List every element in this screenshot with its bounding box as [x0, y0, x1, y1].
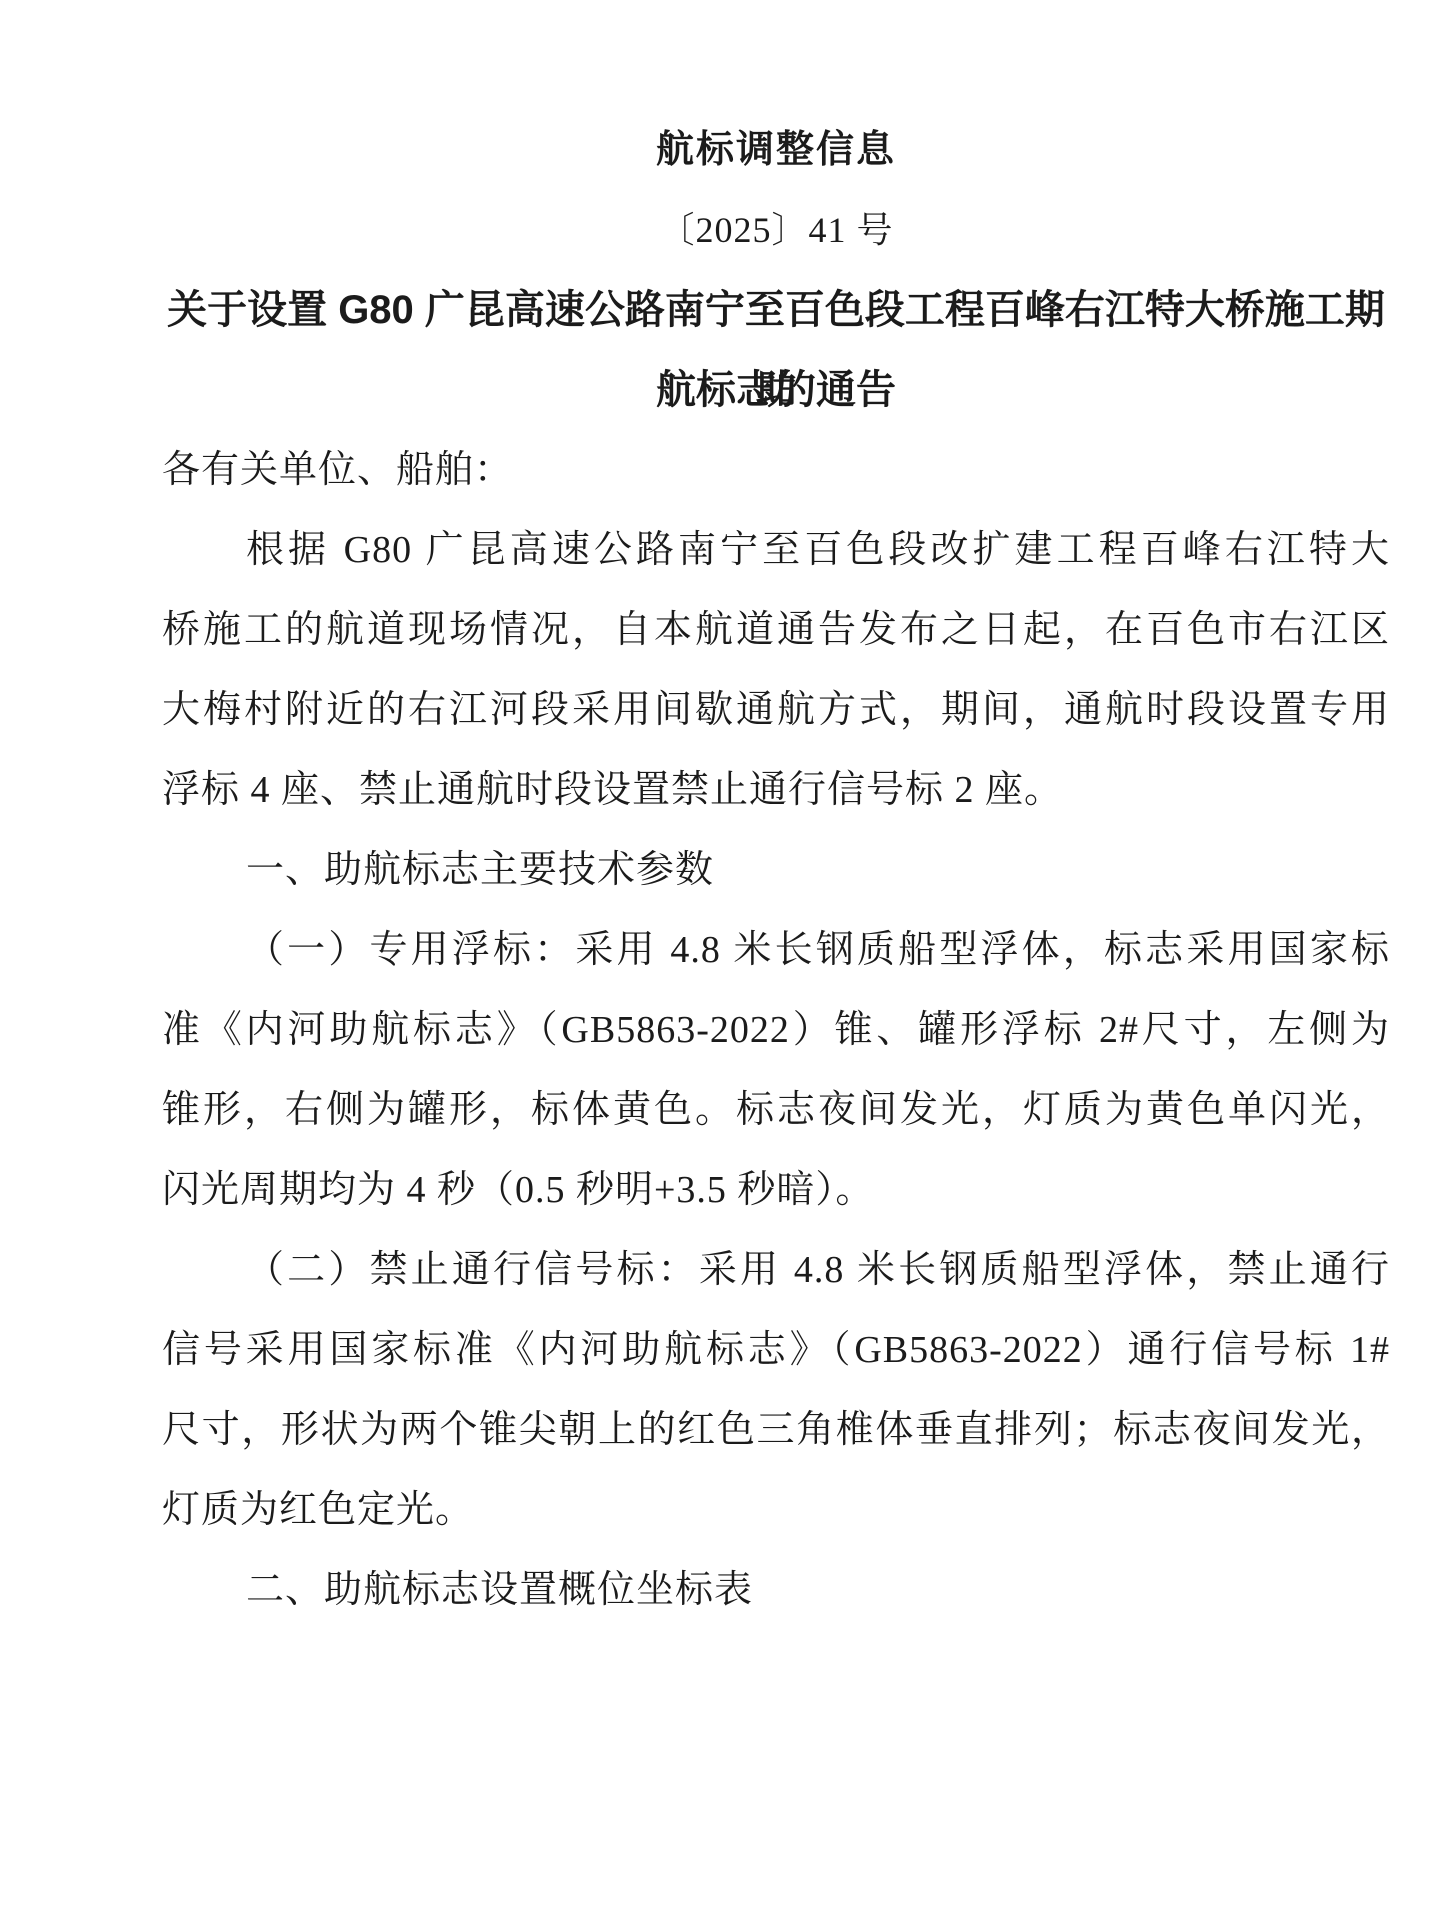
document-page: 航标调整信息 〔2025〕41 号 关于设置 G80 广昆高速公路南宁至百色段工…	[0, 0, 1452, 1920]
body-line: 一、助航标志主要技术参数	[162, 830, 1390, 910]
notice-heading-line1: 关于设置 G80 广昆高速公路南宁至百色段工程百峰右江特大桥施工期助	[162, 270, 1390, 350]
body-line: 大梅村附近的右江河段采用间歇通航方式，期间，通航时段设置专用	[162, 670, 1390, 750]
body-line: 闪光周期均为 4 秒（0.5 秒明+3.5 秒暗）。	[162, 1150, 1390, 1230]
body-line: 浮标 4 座、禁止通航时段设置禁止通行信号标 2 座。	[162, 750, 1390, 830]
doc-number: 〔2025〕41 号	[162, 190, 1390, 270]
body-line: （二）禁止通行信号标：采用 4.8 米长钢质船型浮体，禁止通行	[162, 1230, 1390, 1310]
body-line: 各有关单位、船舶：	[162, 430, 1390, 510]
notice-document: 航标调整信息 〔2025〕41 号 关于设置 G80 广昆高速公路南宁至百色段工…	[162, 110, 1390, 1630]
body-line: 桥施工的航道现场情况，自本航道通告发布之日起，在百色市右江区	[162, 590, 1390, 670]
body-line: 准《内河助航标志》（GB5863-2022）锥、罐形浮标 2#尺寸，左侧为	[162, 990, 1390, 1070]
notice-heading-line2: 航标志的通告	[162, 350, 1390, 430]
body-line: 二、助航标志设置概位坐标表	[162, 1550, 1390, 1630]
body-line: 根据 G80 广昆高速公路南宁至百色段改扩建工程百峰右江特大	[162, 510, 1390, 590]
doc-title: 航标调整信息	[162, 110, 1390, 190]
notice-body: 各有关单位、船舶：根据 G80 广昆高速公路南宁至百色段改扩建工程百峰右江特大桥…	[162, 430, 1390, 1630]
body-line: （一）专用浮标：采用 4.8 米长钢质船型浮体，标志采用国家标	[162, 910, 1390, 990]
body-line: 尺寸，形状为两个锥尖朝上的红色三角椎体垂直排列；标志夜间发光，	[162, 1390, 1390, 1470]
body-line: 灯质为红色定光。	[162, 1470, 1390, 1550]
body-line: 信号采用国家标准《内河助航标志》（GB5863-2022）通行信号标 1#	[162, 1310, 1390, 1390]
body-line: 锥形，右侧为罐形，标体黄色。标志夜间发光，灯质为黄色单闪光，	[162, 1070, 1390, 1150]
